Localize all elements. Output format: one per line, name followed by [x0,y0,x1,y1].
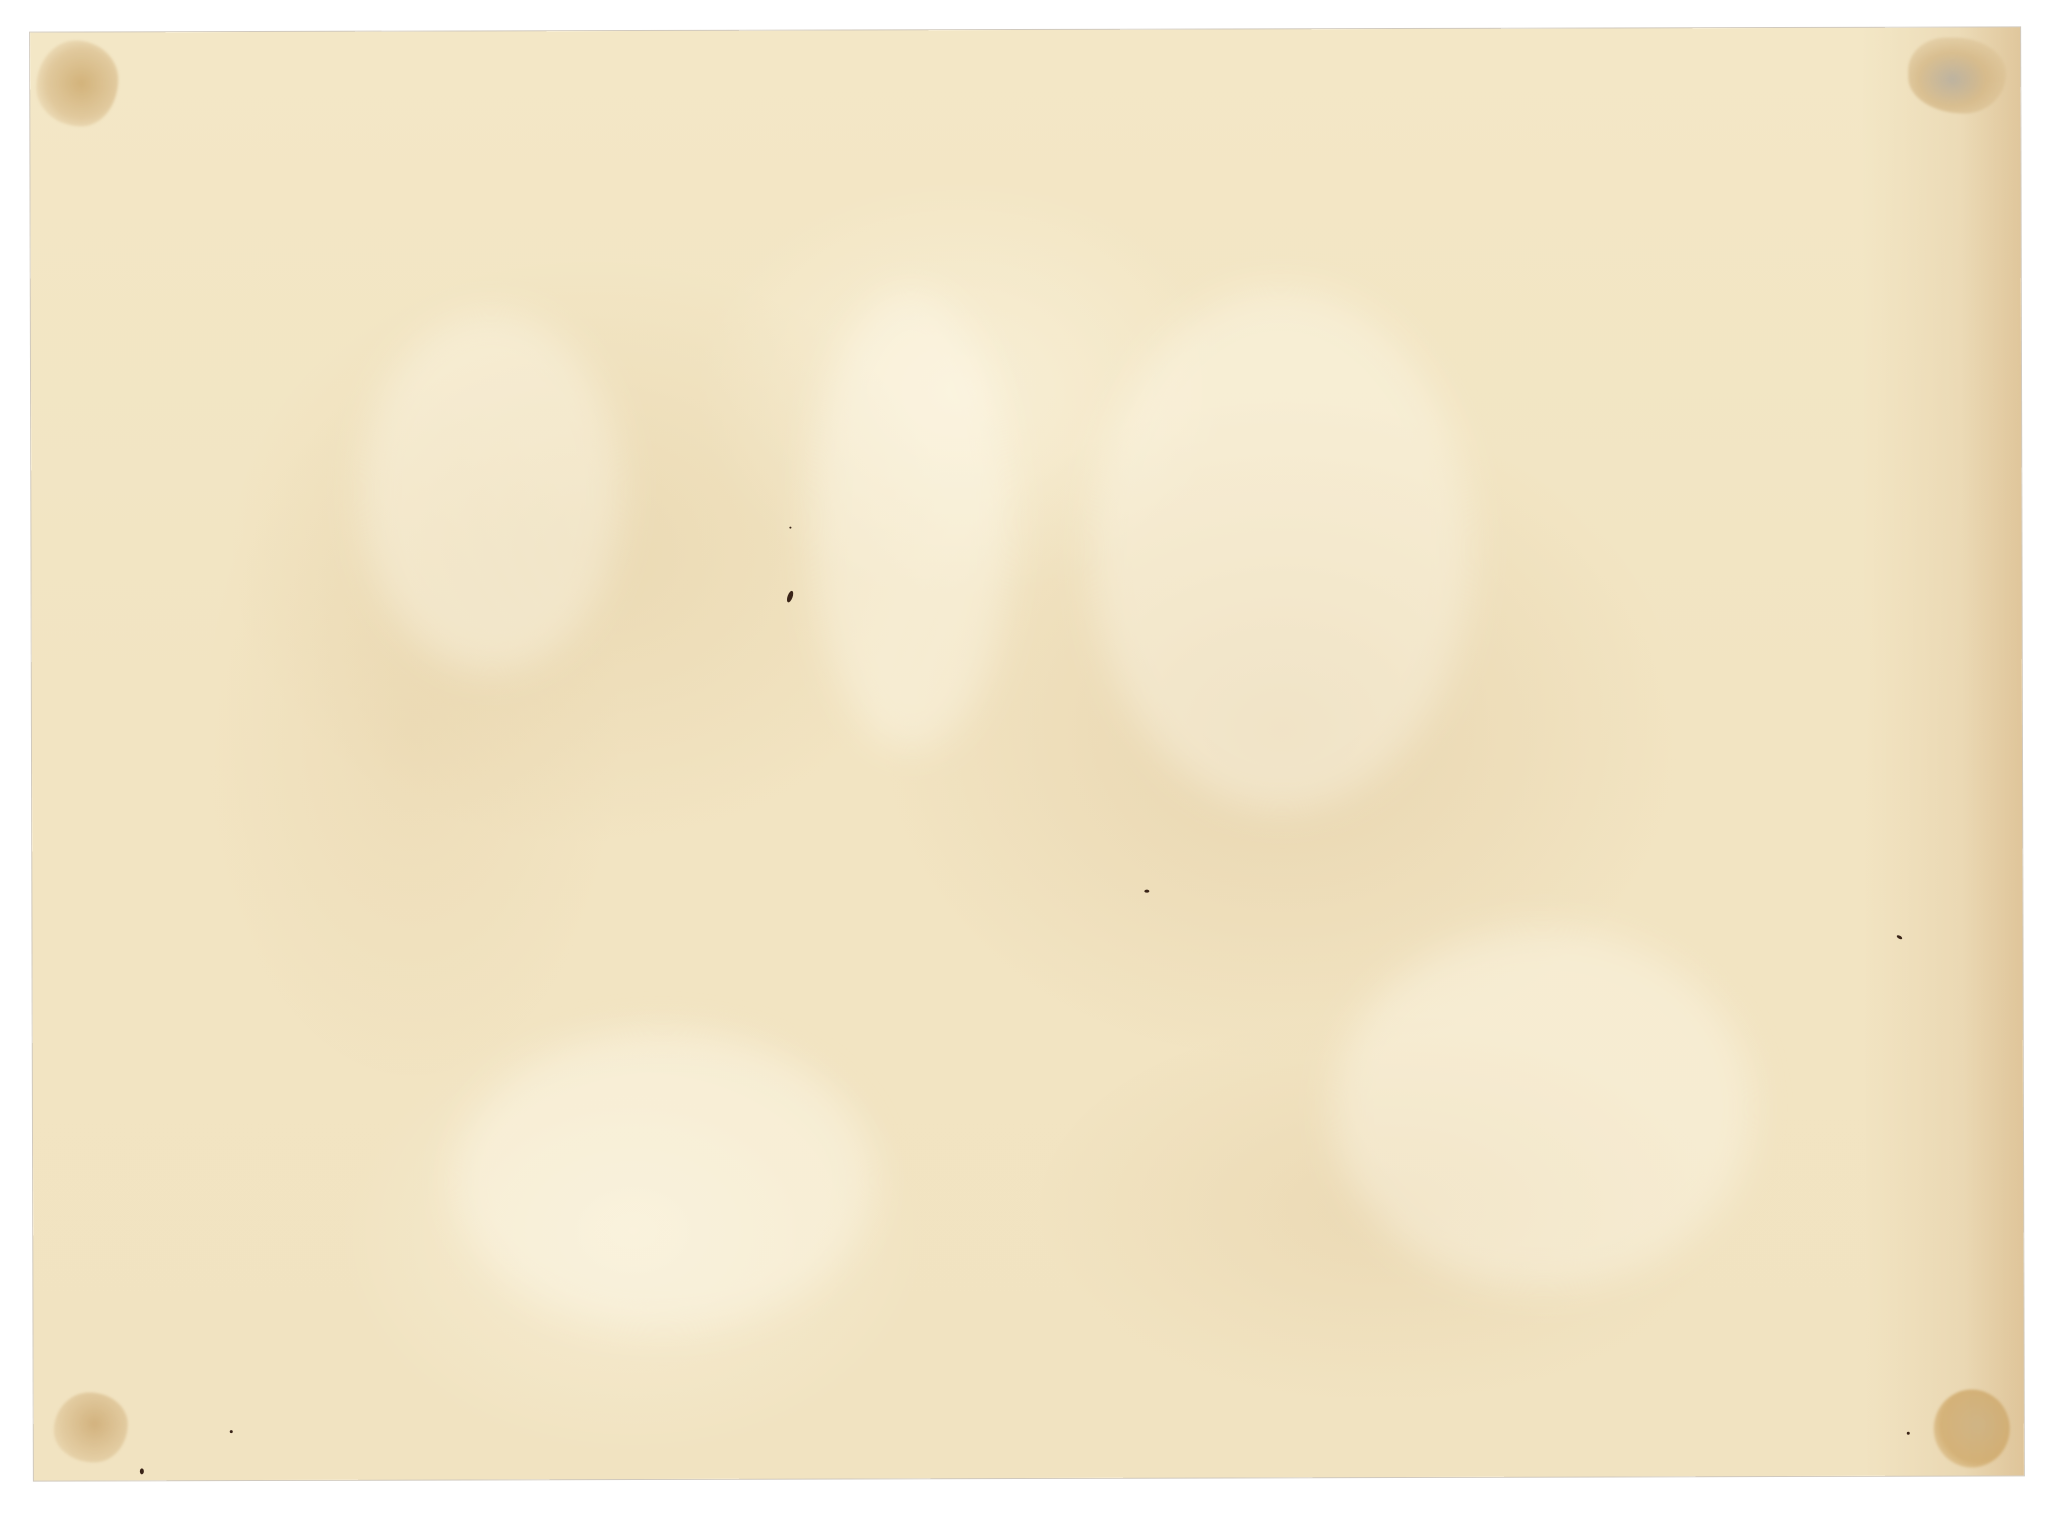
speck [1896,934,1903,940]
corner-stain-bottom-right [1934,1389,2010,1467]
speck [789,527,791,529]
speck [1144,890,1149,893]
showthrough-lower-left [453,1030,874,1331]
scan-canvas [0,0,2048,1513]
corner-stain-top-left [36,40,118,126]
showthrough-figure-left [361,311,622,672]
showthrough-figure-right [1091,289,1472,810]
speck [786,590,795,603]
paper-sheet [30,27,2024,1480]
toned-right-edge [1960,27,2024,1475]
speck [230,1430,233,1433]
speck [140,1468,144,1474]
corner-stain-top-right [1908,37,2006,113]
showthrough-figure-center [811,290,1012,751]
speck [1907,1432,1910,1435]
showthrough-lower-right [1332,928,1753,1289]
corner-stain-bottom-left [54,1392,128,1462]
